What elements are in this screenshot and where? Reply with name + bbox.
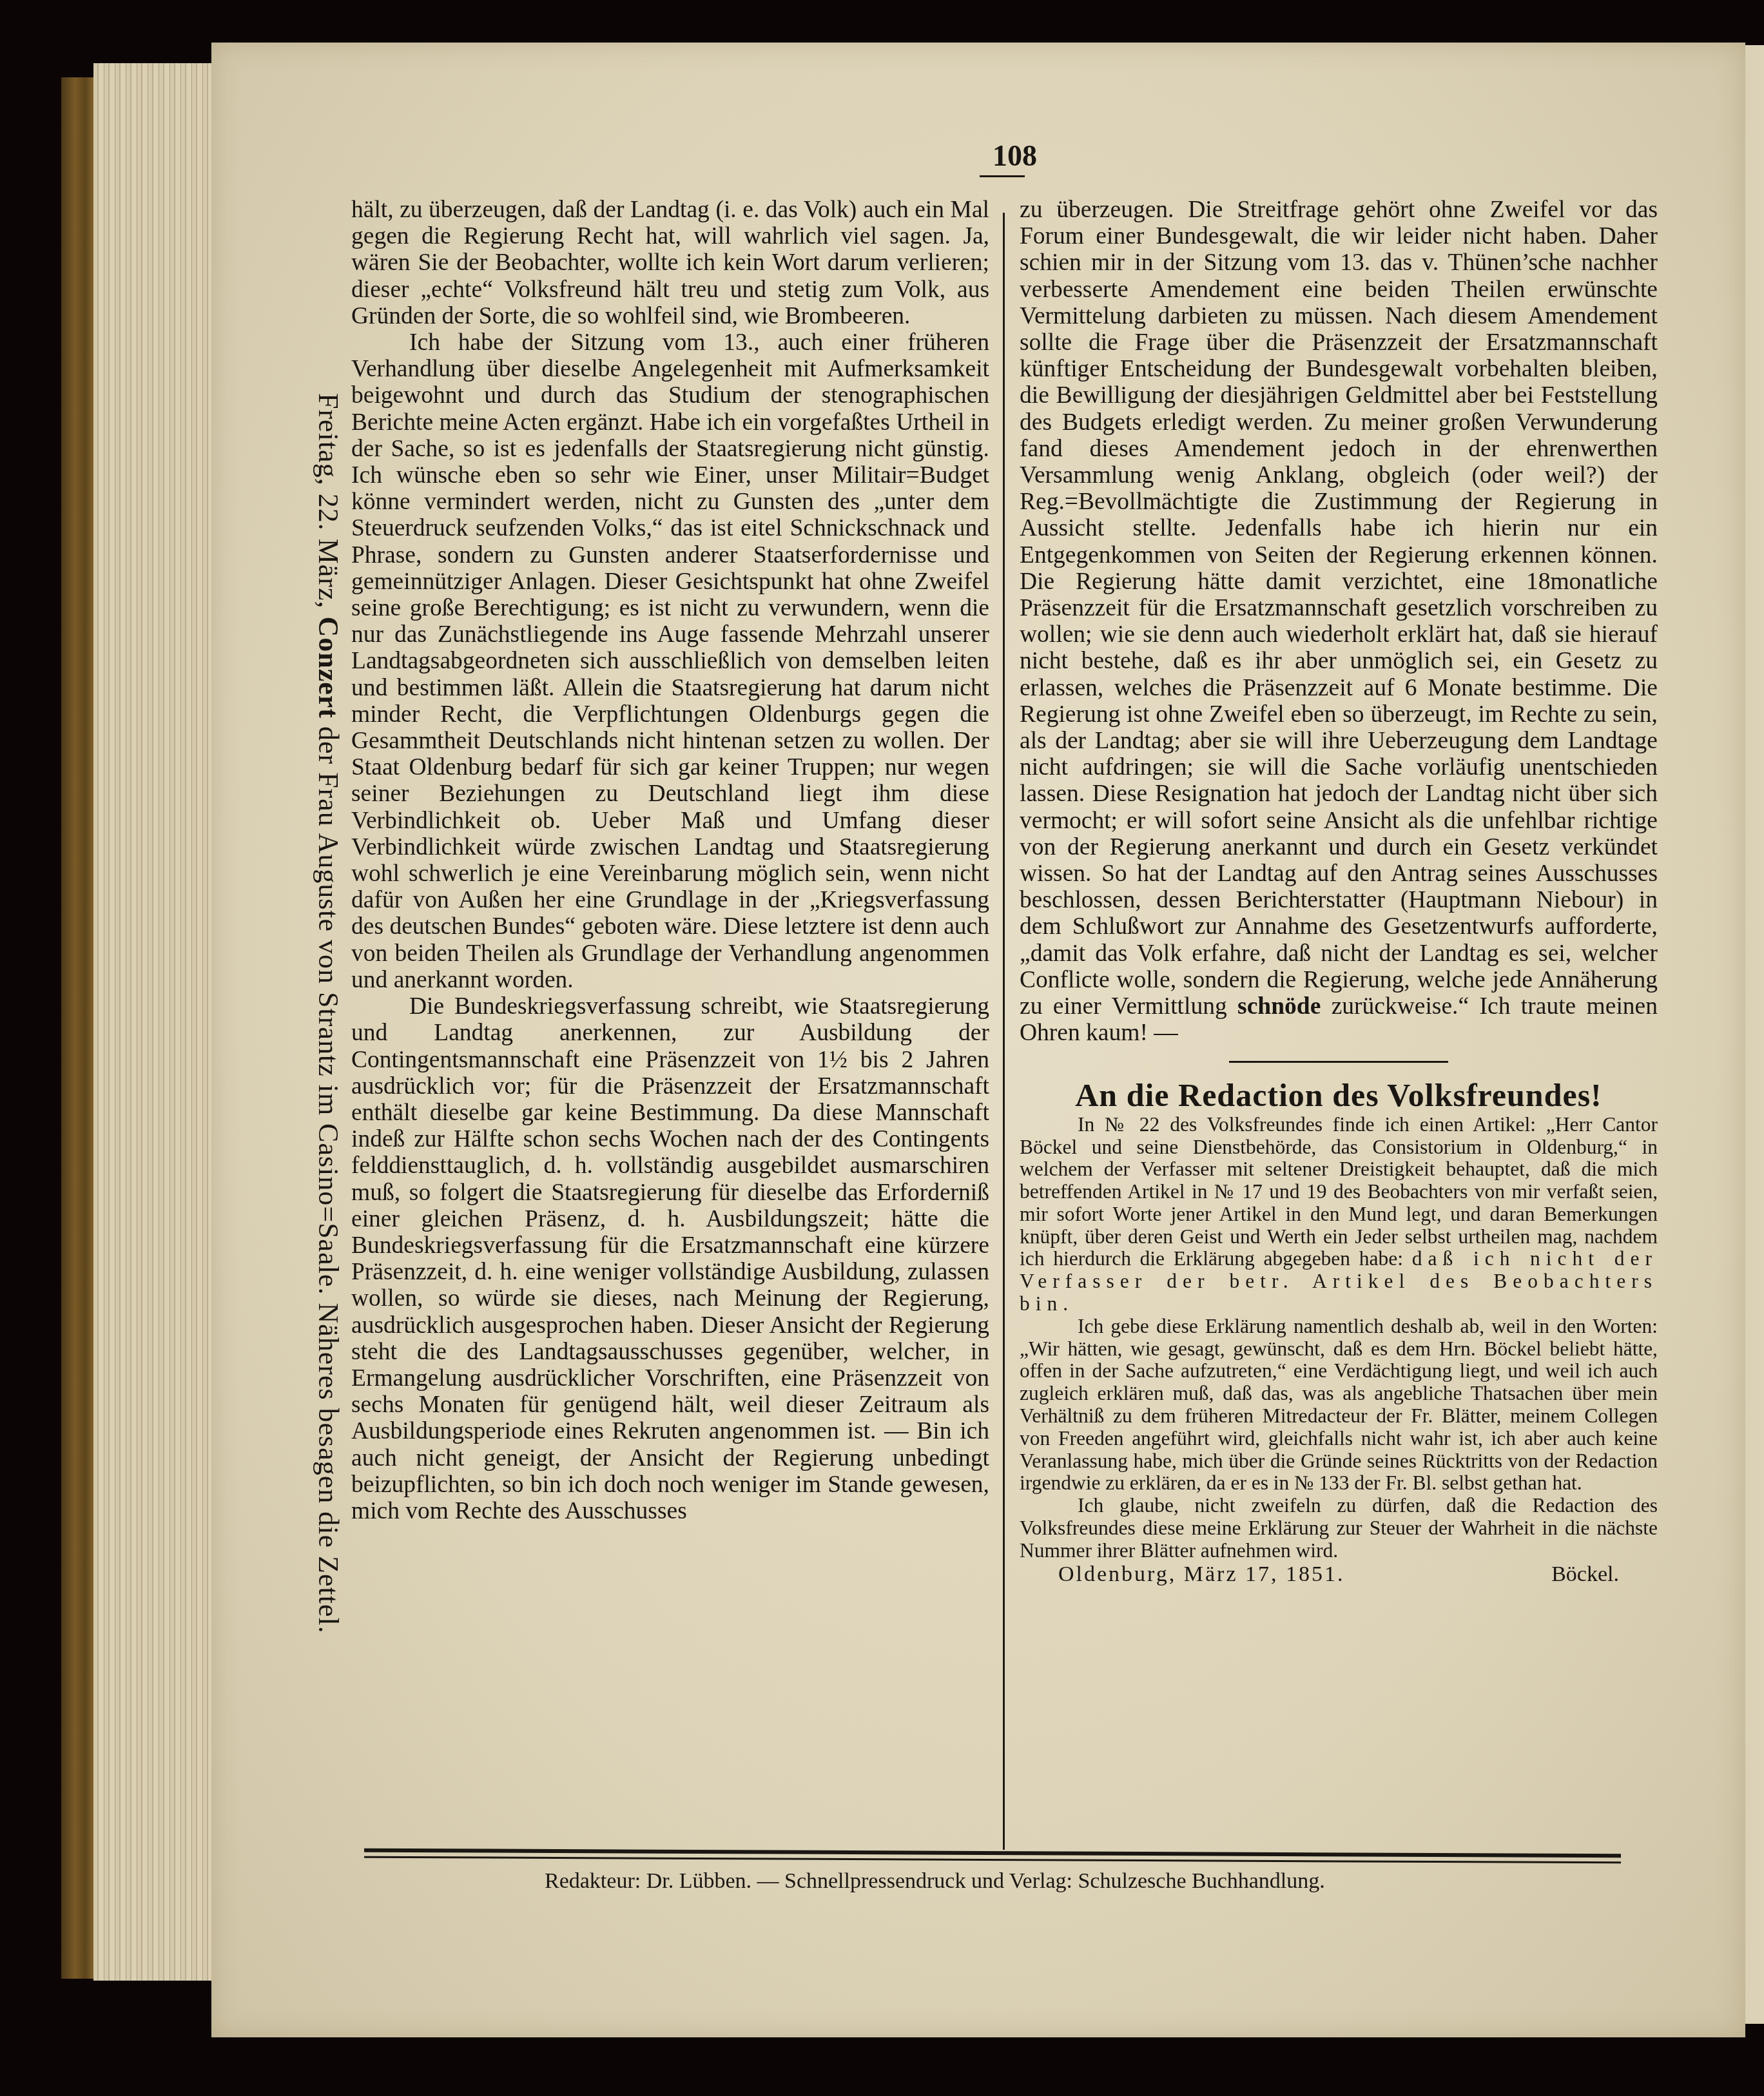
- letter-paragraph-1: In № 22 des Volksfreundes finde ich eine…: [1020, 1114, 1658, 1315]
- page-number-rule: [980, 175, 1025, 177]
- letter-signature: Böckel.: [1551, 1564, 1619, 1586]
- imprint-separator: —: [751, 1869, 784, 1893]
- imprint-printer: Schnellpressendruck und Verlag: Schulzes…: [784, 1869, 1325, 1893]
- page-number: 108: [993, 139, 1037, 173]
- left-paragraph-2: Ich habe der Sitzung vom 13., auch einer…: [351, 329, 989, 993]
- imprint-line: Redakteur: Dr. Lübben. — Schnellpressend…: [545, 1869, 1325, 1894]
- side-notice-vertical: Freitag, 22. März, Conzert der Frau Augu…: [306, 393, 345, 1650]
- emphasis-schnoede: schnöde: [1237, 993, 1321, 1020]
- page-stack-edges: [93, 63, 216, 1981]
- left-paragraph-1: hält, zu überzeugen, daß der Landtag (i.…: [351, 197, 989, 329]
- letter-paragraph-2: Ich gebe diese Erklärung namentlich desh…: [1020, 1315, 1658, 1495]
- letter-heading: An die Redaction des Volksfreundes!: [1020, 1082, 1658, 1109]
- section-divider: [1229, 1061, 1448, 1063]
- left-paragraph-3: Die Bundeskriegsverfassung schreibt, wie…: [351, 993, 989, 1524]
- letter-body: In № 22 des Volksfreundes finde ich eine…: [1020, 1114, 1658, 1586]
- side-notice-post: der Frau Auguste von Strantz im Casino=S…: [313, 719, 344, 1634]
- letter-signature-line: Oldenburg, März 17, 1851. Böckel.: [1020, 1564, 1658, 1586]
- side-notice-bold: Conzert: [313, 616, 344, 719]
- right-column: zu überzeugen. Die Streitfrage gehört oh…: [1020, 197, 1658, 1586]
- left-column: hält, zu überzeugen, daß der Landtag (i.…: [351, 197, 989, 1524]
- side-notice-pre: Freitag, 22. März,: [313, 393, 344, 616]
- letter-place-date: Oldenburg, März 17, 1851.: [1058, 1564, 1345, 1586]
- column-divider: [1003, 213, 1005, 1850]
- right-paragraph-1-text: zu überzeugen. Die Streitfrage gehört oh…: [1020, 197, 1658, 1020]
- letter-paragraph-1-text: In № 22 des Volksfreundes finde ich eine…: [1020, 1113, 1658, 1270]
- letter-paragraph-3: Ich glaube, nicht zweifeln zu dürfen, da…: [1020, 1495, 1658, 1562]
- imprint-editor: Redakteur: Dr. Lübben.: [545, 1869, 751, 1893]
- right-paragraph-1: zu überzeugen. Die Streitfrage gehört oh…: [1020, 197, 1658, 1047]
